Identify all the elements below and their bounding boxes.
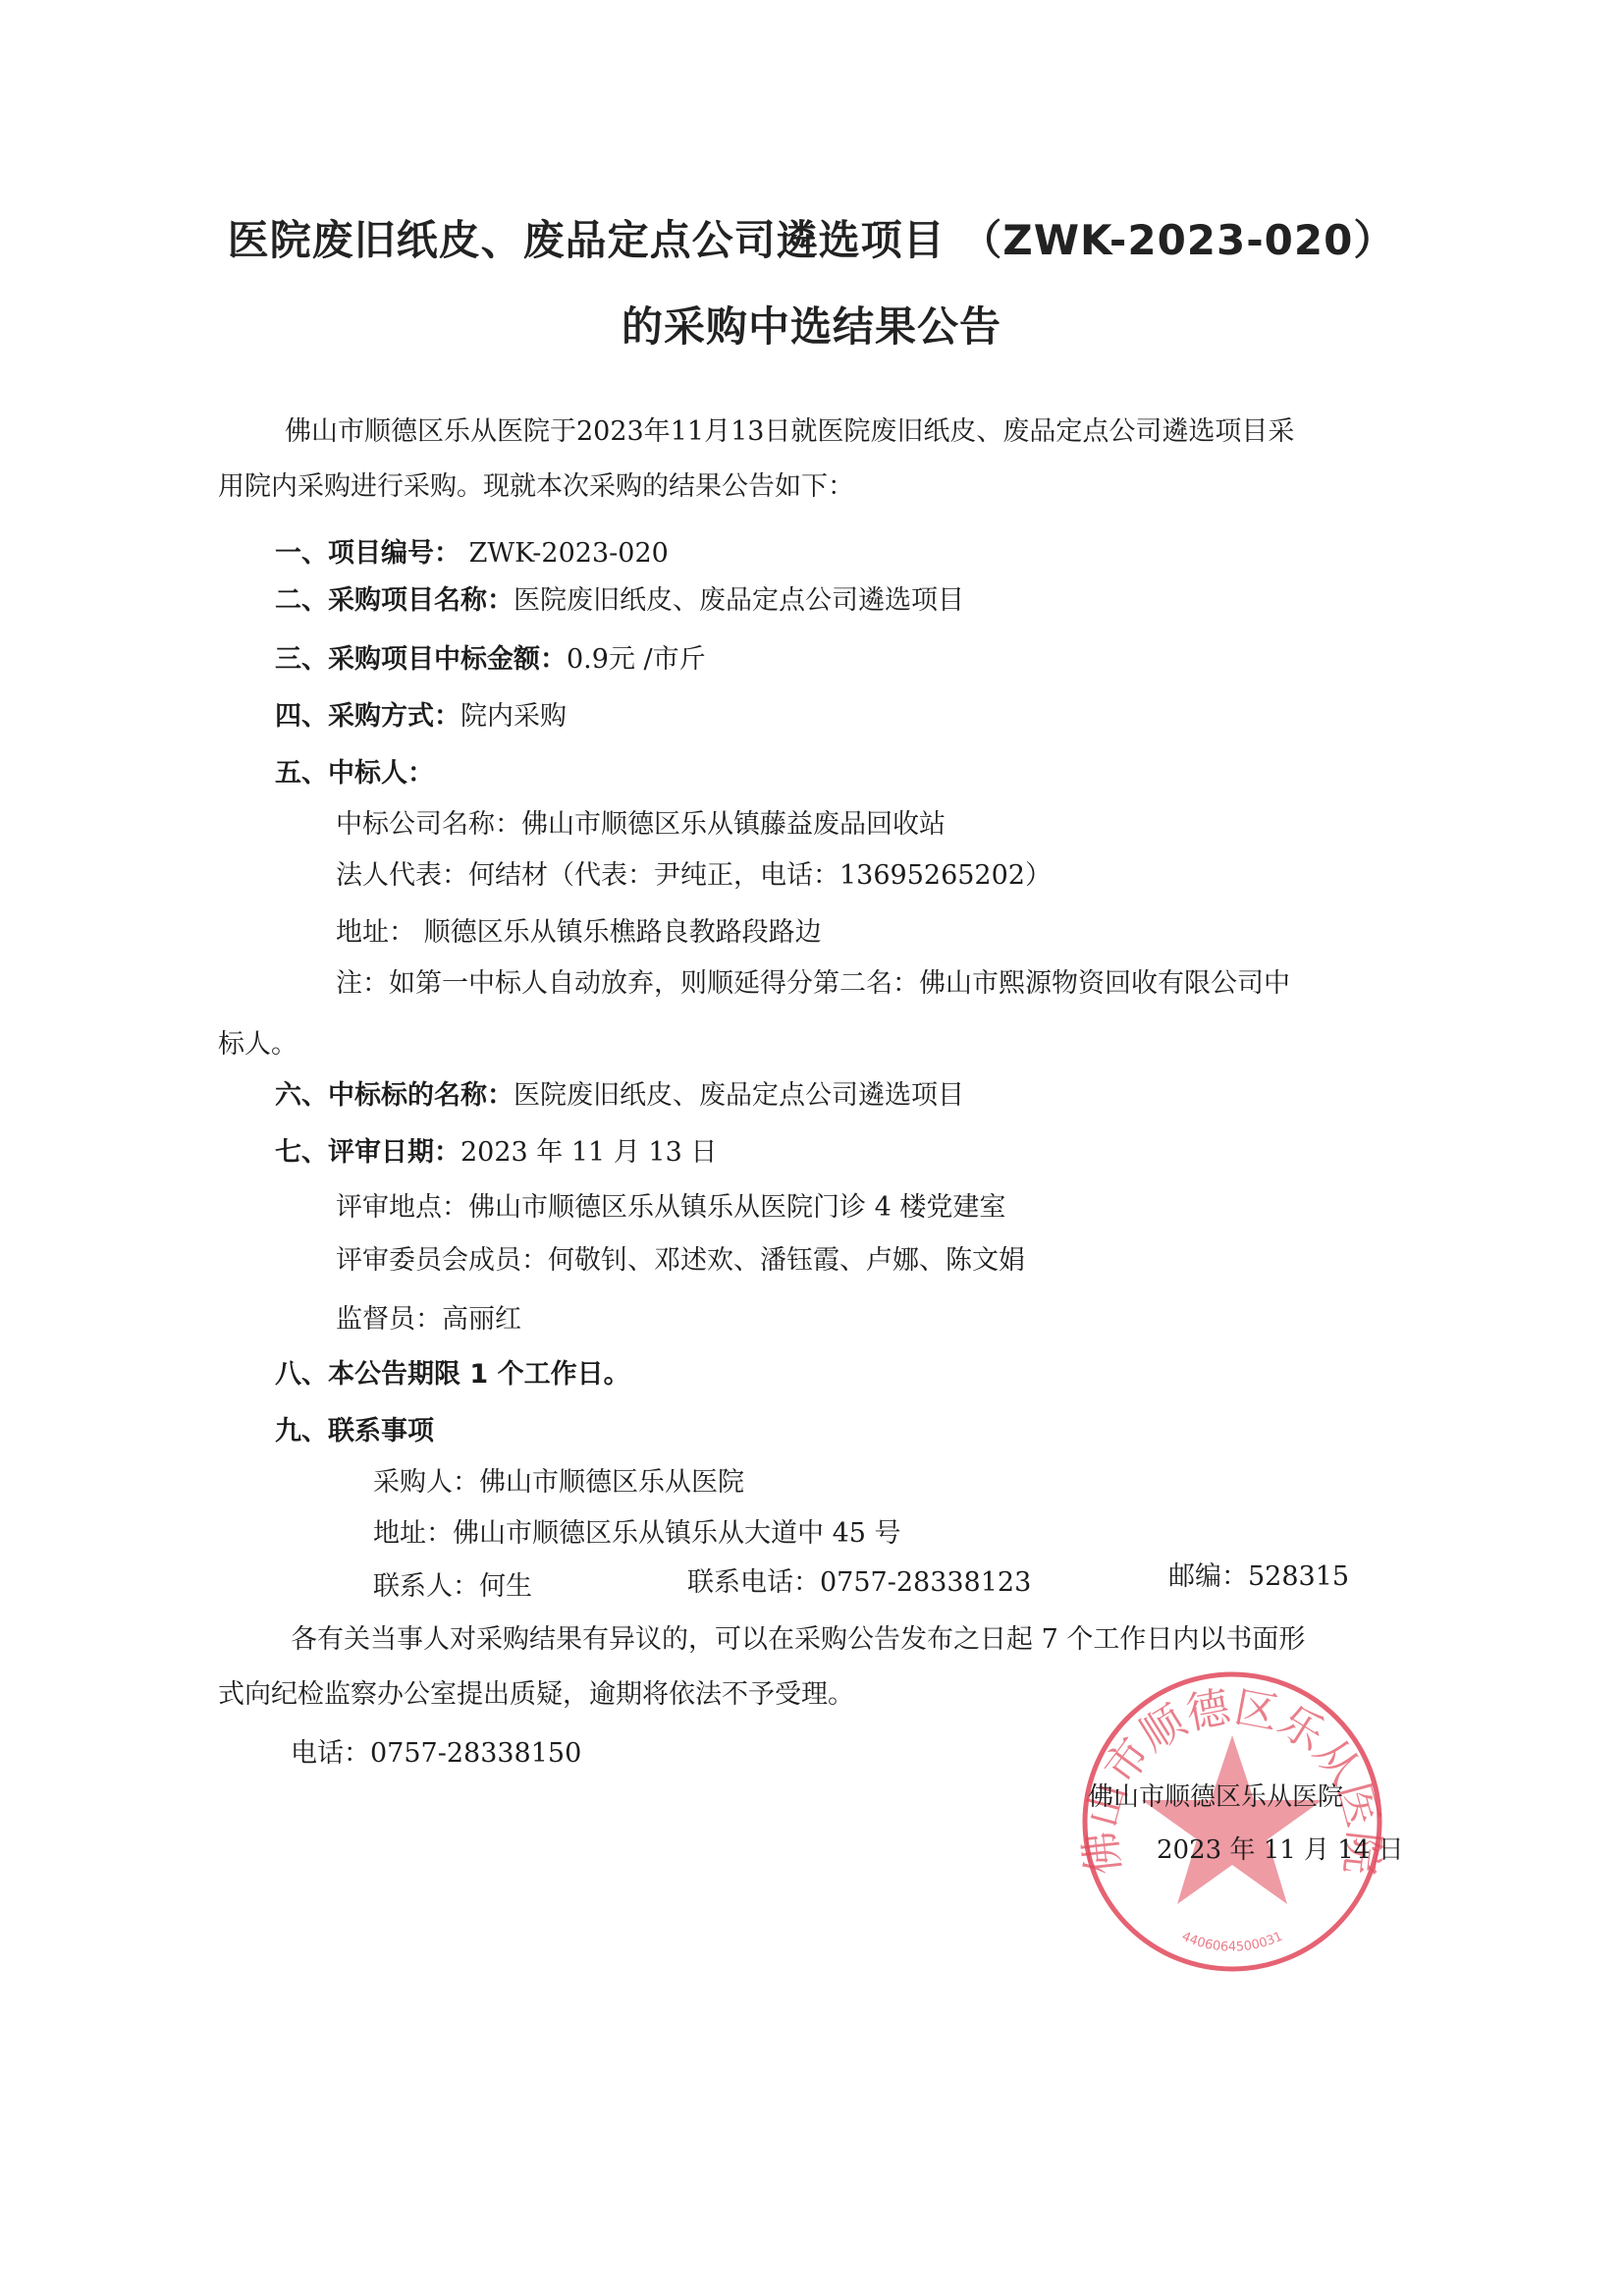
contact-person: 联系人：何生	[373, 1569, 532, 1605]
section-value: 0.9元 /市斤	[567, 644, 706, 675]
review-committee: 评审委员会成员：何敬钊、邓述欢、潘钰霞、卢娜、陈文娟	[336, 1243, 1025, 1279]
winner-note-line1: 注：如第一中标人自动放弃，则顺延得分第二名：佛山市熙源物资回收有限公司中	[336, 966, 1290, 1002]
section-procurement-method: 四、采购方式：院内采购	[275, 699, 567, 735]
section-winner-label: 五、中标人：	[275, 756, 434, 792]
section-label: 四、采购方式：	[275, 701, 460, 732]
signature-date: 2023 年 11 月 14 日	[1157, 1832, 1404, 1868]
contact-address: 地址：佛山市顺德区乐从镇乐从大道中 45 号	[373, 1516, 901, 1552]
intro-line1: 佛山市顺德区乐从医院于2023年11月13日就医院废旧纸皮、废品定点公司遴选项目…	[285, 414, 1294, 450]
section-bid-amount: 三、采购项目中标金额：0.9元 /市斤	[275, 642, 706, 678]
winner-legal-rep: 法人代表：何结材（代表：尹纯正，电话：13695265202）	[336, 858, 1052, 894]
section-project-name: 二、采购项目名称：医院废旧纸皮、废品定点公司遴选项目	[275, 583, 964, 619]
objection-line1: 各有关当事人对采购结果有异议的，可以在采购公告发布之日起 7 个工作日内以书面形	[291, 1622, 1305, 1658]
section-label: 三、采购项目中标金额：	[275, 644, 567, 675]
review-location: 评审地点：佛山市顺德区乐从镇乐从医院门诊 4 楼党建室	[336, 1190, 1005, 1226]
section-value: 2023 年 11 月 13 日	[460, 1137, 717, 1168]
section-value: 院内采购	[460, 701, 567, 732]
winner-address: 地址： 顺德区乐从镇乐樵路良教路段路边	[336, 915, 822, 951]
objection-line2: 式向纪检监察办公室提出质疑，逾期将依法不予受理。	[218, 1677, 854, 1713]
winner-company: 中标公司名称：佛山市顺德区乐从镇藤益废品回收站	[336, 807, 946, 843]
signature-org: 佛山市顺德区乐从医院	[1088, 1779, 1343, 1815]
intro-line2: 用院内采购进行采购。现就本次采购的结果公告如下：	[218, 469, 854, 505]
section-subject-name: 六、中标标的名称：医院废旧纸皮、废品定点公司遴选项目	[275, 1078, 964, 1114]
contact-postcode: 邮编：528315	[1168, 1559, 1349, 1595]
section-value: 医院废旧纸皮、废品定点公司遴选项目	[514, 585, 964, 616]
objection-phone: 电话：0757-28338150	[291, 1736, 581, 1772]
document-title-line1: 医院废旧纸皮、废品定点公司遴选项目 （ZWK-2023-020）	[0, 208, 1623, 267]
section-contact-label: 九、联系事项	[275, 1414, 434, 1449]
section-project-number: 一、项目编号： ZWK-2023-020	[275, 536, 669, 572]
official-seal: 佛山市顺德区乐从医院 4406064500031	[1075, 1665, 1389, 1979]
section-label: 二、采购项目名称：	[275, 585, 514, 616]
section-announcement-period: 八、本公告期限 1 个工作日。	[275, 1357, 630, 1393]
winner-note-line2: 标人。	[218, 1027, 298, 1063]
section-label: 六、中标标的名称：	[275, 1080, 514, 1111]
svg-text:4406064500031: 4406064500031	[1179, 1930, 1284, 1955]
contact-purchaser: 采购人：佛山市顺德区乐从医院	[373, 1465, 744, 1501]
section-label: 一、项目编号：	[275, 538, 460, 569]
section-label: 七、评审日期：	[275, 1137, 460, 1168]
seal-star-icon: 佛山市顺德区乐从医院 4406064500031	[1075, 1665, 1389, 1979]
contact-phone: 联系电话：0757-28338123	[687, 1565, 1031, 1601]
section-review-date: 七、评审日期：2023 年 11 月 13 日	[275, 1135, 717, 1171]
section-value: 医院废旧纸皮、废品定点公司遴选项目	[514, 1080, 964, 1111]
review-supervisor: 监督员：高丽红	[336, 1302, 521, 1338]
section-value: ZWK-2023-020	[460, 538, 669, 569]
document-title-line2: 的采购中选结果公告	[0, 295, 1623, 354]
